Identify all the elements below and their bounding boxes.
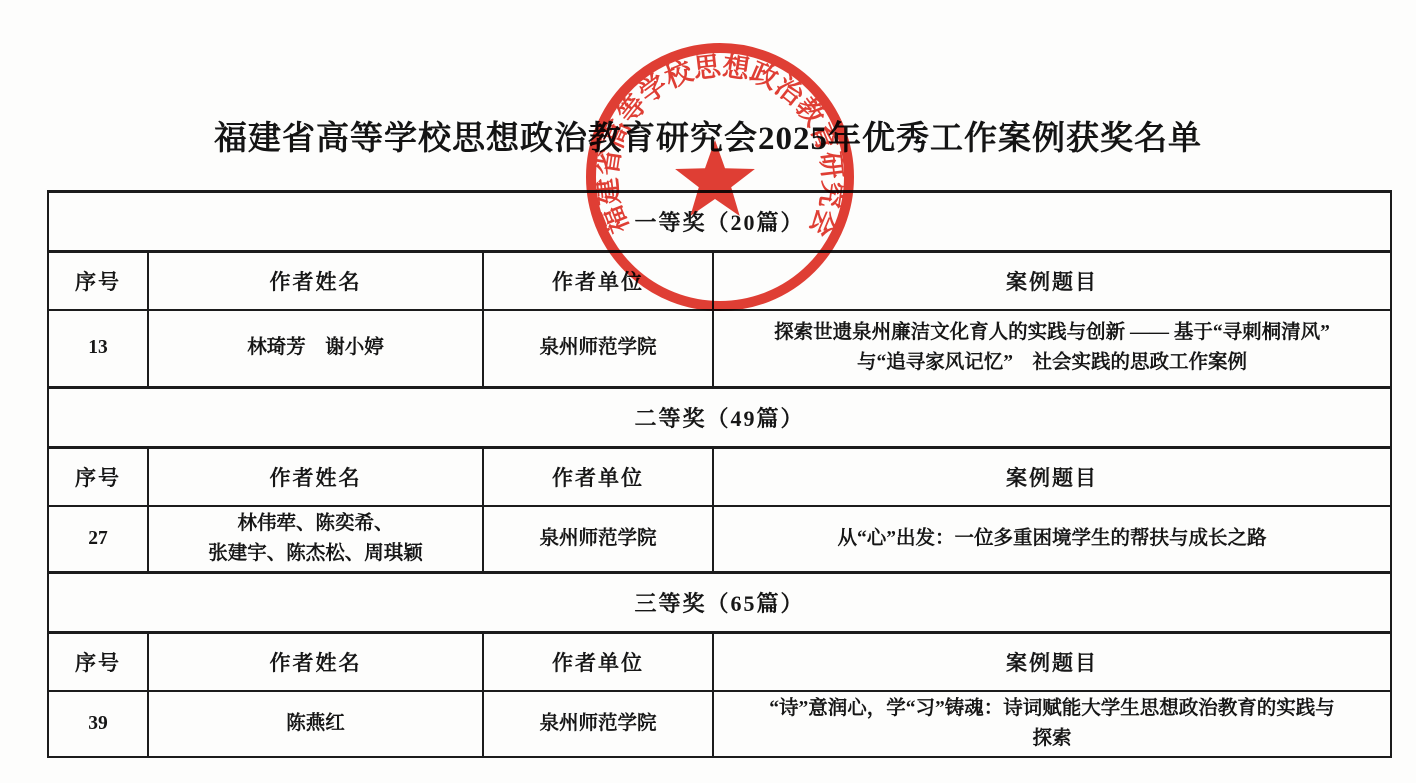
header-row: 序号 作者姓名 作者单位 案例题目	[48, 448, 1391, 506]
col-header-author-name: 作者姓名	[148, 448, 483, 506]
page-title: 福建省高等学校思想政治教育研究会2025年优秀工作案例获奖名单	[0, 112, 1416, 159]
cell-case-title: 从“心”出发：一位多重困境学生的帮扶与成长之路	[713, 506, 1391, 573]
cell-author-name: 林琦芳 谢小婷	[148, 310, 483, 388]
cell-serial: 39	[48, 691, 148, 757]
cell-case-title: 探索世遗泉州廉洁文化育人的实践与创新 —— 基于“寻刺桐清风” 与“追寻家风记忆…	[713, 310, 1391, 388]
cell-case-title: “诗”意润心，学“习”铸魂：诗词赋能大学生思想政治教育的实践与 探索	[713, 691, 1391, 757]
table-row: 13 林琦芳 谢小婷 泉州师范学院 探索世遗泉州廉洁文化育人的实践与创新 —— …	[48, 310, 1391, 388]
cell-author-unit: 泉州师范学院	[483, 310, 713, 388]
table-row: 27 林伟荦、陈奕希、 张建宇、陈杰松、周琪颖 泉州师范学院 从“心”出发：一位…	[48, 506, 1391, 573]
section-band-first-prize: 一等奖（20篇）	[48, 192, 1391, 252]
col-header-author-unit: 作者单位	[483, 252, 713, 310]
col-header-case-title: 案例题目	[713, 252, 1391, 310]
document-page: 福建省高等学校思想政治教育研究会2025年优秀工作案例获奖名单 一等奖（20篇）…	[0, 0, 1416, 783]
col-header-serial: 序号	[48, 448, 148, 506]
award-table: 一等奖（20篇） 序号 作者姓名 作者单位 案例题目 13 林琦芳 谢小婷 泉州…	[47, 190, 1392, 758]
cell-author-name: 林伟荦、陈奕希、 张建宇、陈杰松、周琪颖	[148, 506, 483, 573]
col-header-author-unit: 作者单位	[483, 448, 713, 506]
table-row: 39 陈燕红 泉州师范学院 “诗”意润心，学“习”铸魂：诗词赋能大学生思想政治教…	[48, 691, 1391, 757]
cell-author-name: 陈燕红	[148, 691, 483, 757]
col-header-author-unit: 作者单位	[483, 633, 713, 691]
cell-serial: 27	[48, 506, 148, 573]
section-band-label: 三等奖（65篇）	[48, 573, 1391, 633]
section-band-third-prize: 三等奖（65篇）	[48, 573, 1391, 633]
section-band-second-prize: 二等奖（49篇）	[48, 388, 1391, 448]
header-row: 序号 作者姓名 作者单位 案例题目	[48, 633, 1391, 691]
col-header-author-name: 作者姓名	[148, 633, 483, 691]
col-header-case-title: 案例题目	[713, 633, 1391, 691]
cell-serial: 13	[48, 310, 148, 388]
col-header-serial: 序号	[48, 252, 148, 310]
cell-author-unit: 泉州师范学院	[483, 691, 713, 757]
col-header-serial: 序号	[48, 633, 148, 691]
cell-author-unit: 泉州师范学院	[483, 506, 713, 573]
col-header-case-title: 案例题目	[713, 448, 1391, 506]
section-band-label: 一等奖（20篇）	[48, 192, 1391, 252]
header-row: 序号 作者姓名 作者单位 案例题目	[48, 252, 1391, 310]
section-band-label: 二等奖（49篇）	[48, 388, 1391, 448]
col-header-author-name: 作者姓名	[148, 252, 483, 310]
